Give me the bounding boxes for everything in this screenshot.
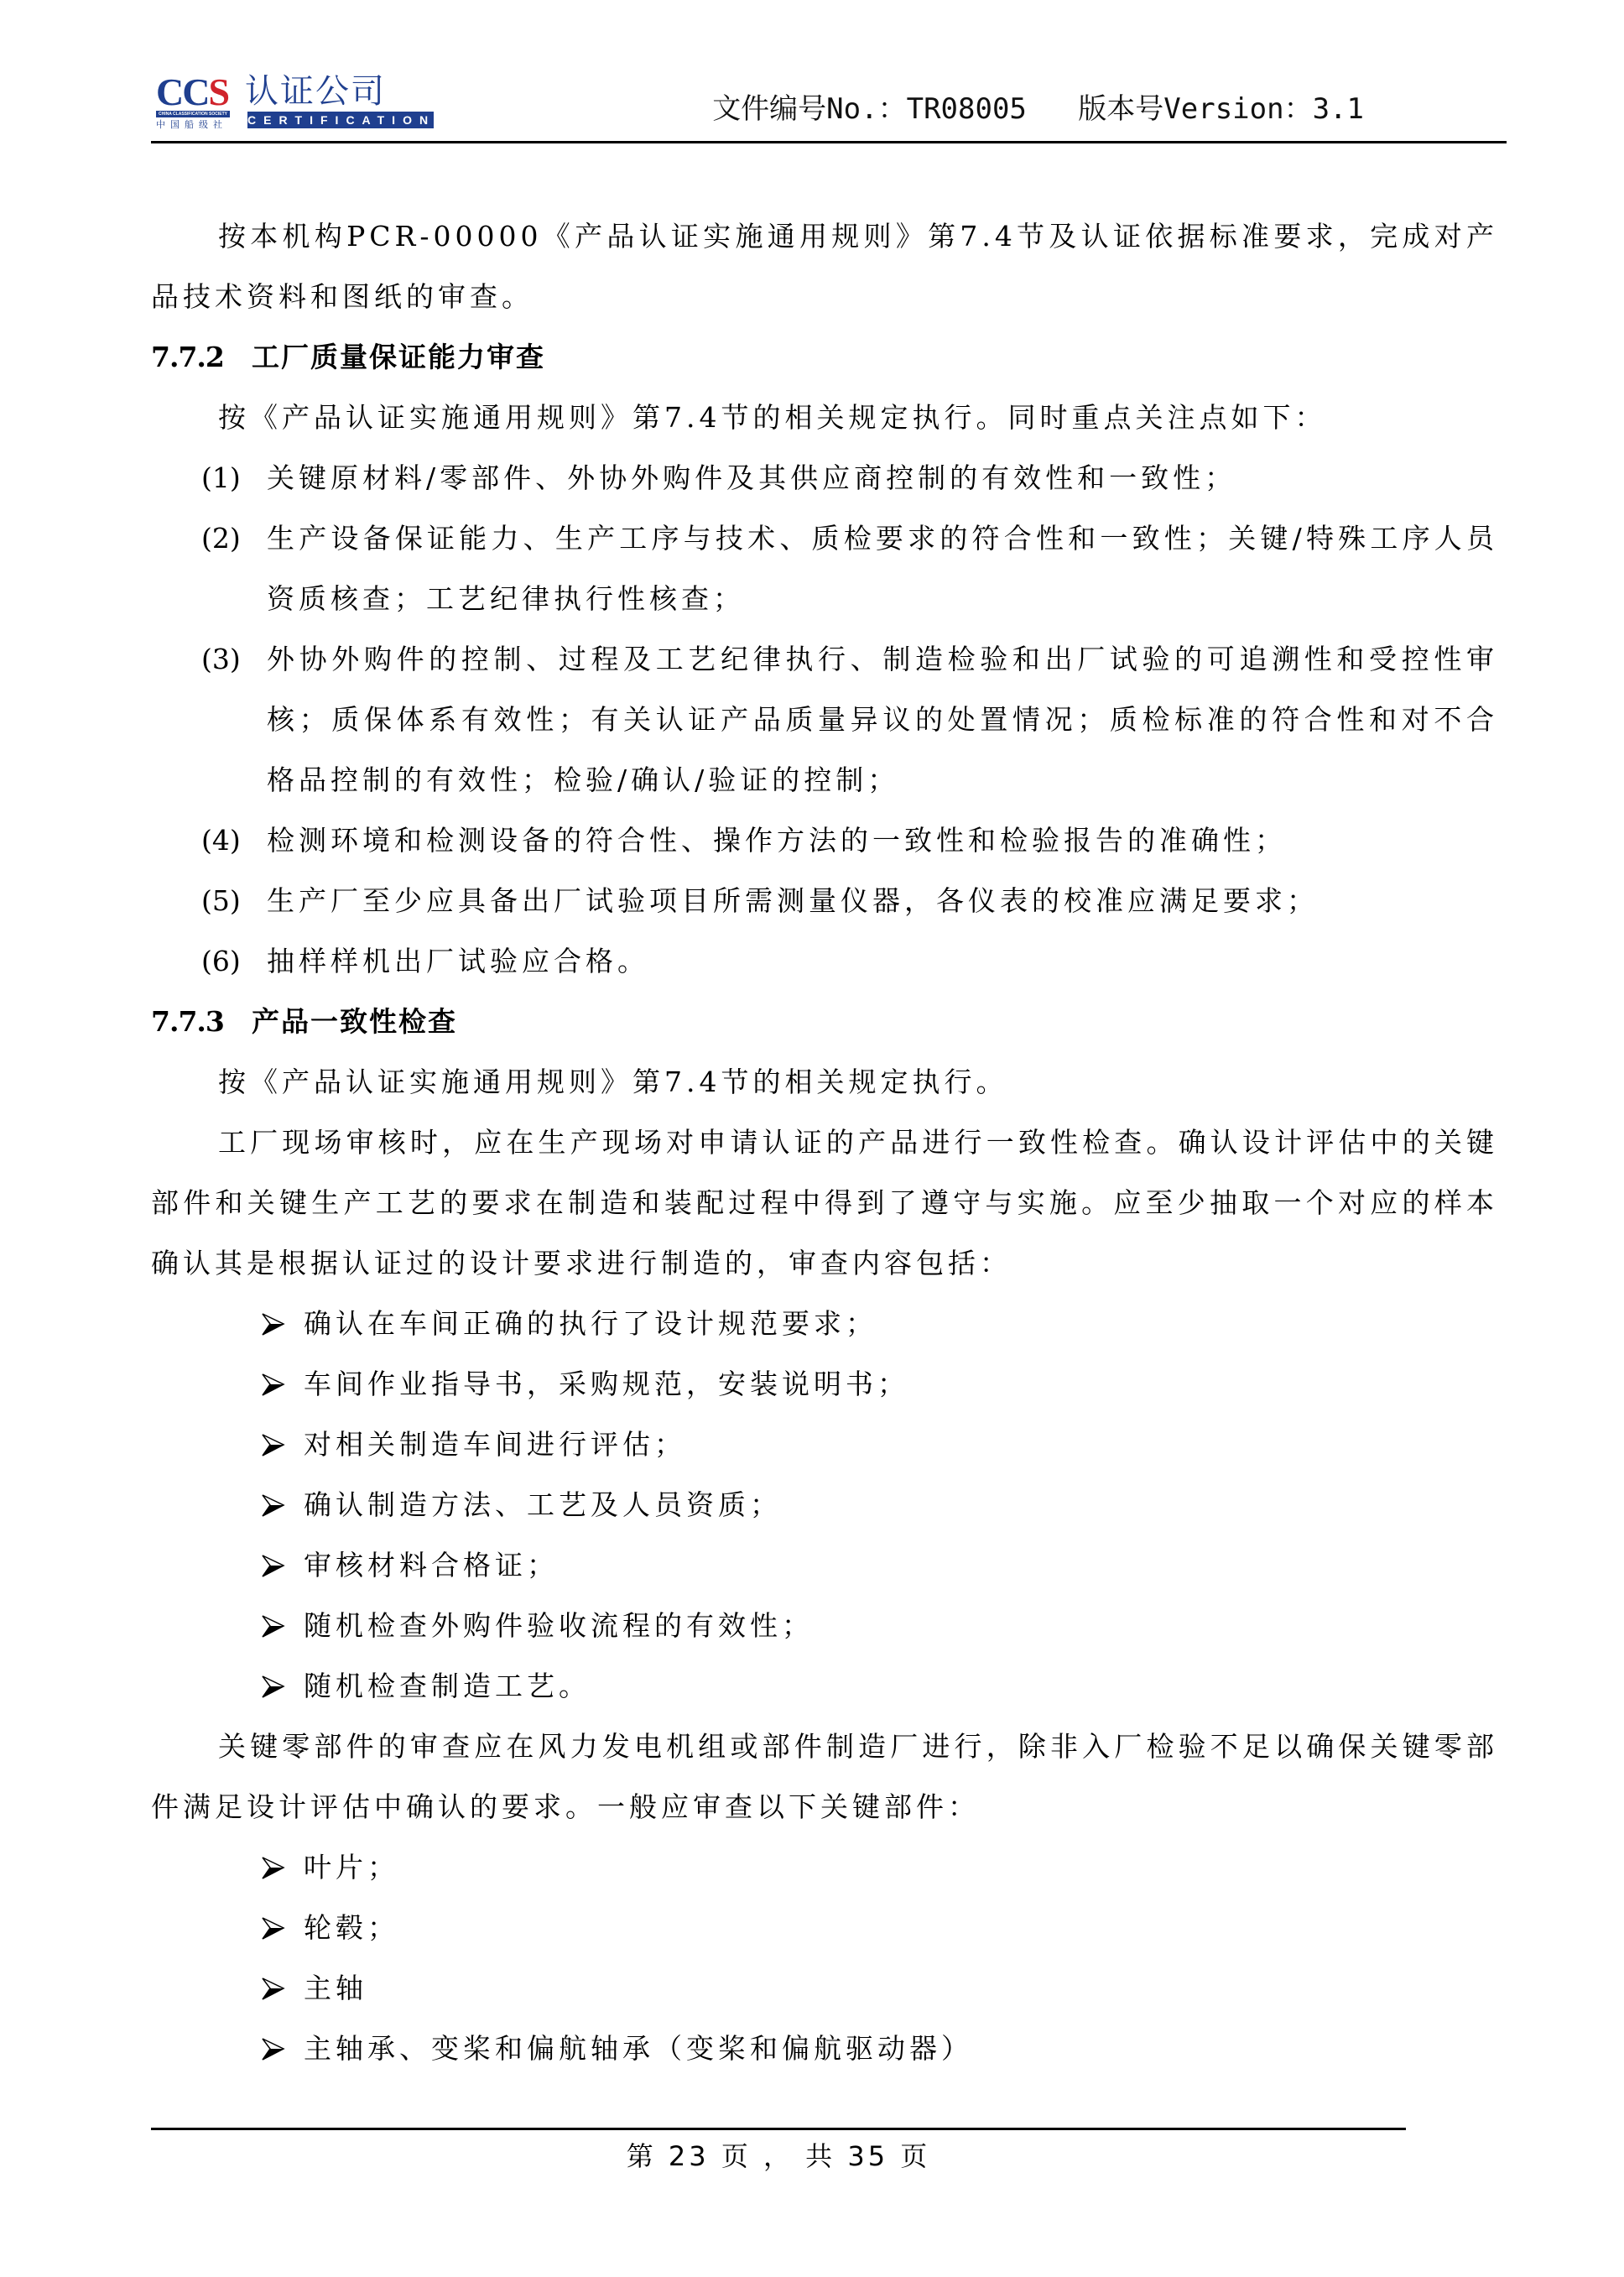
logo-ccs-prefix: CC <box>156 70 208 113</box>
bullet-text: 随机检查制造工艺。 <box>304 1656 591 1717</box>
list-text: 外协外购件的控制、过程及工艺纪律执行、制造检验和出厂试验的可追溯性和受控性审核；… <box>267 629 1498 810</box>
document-number-version: 文件编号No.：TR08005 版本号Version：3.1 <box>712 92 1364 126</box>
arrowhead-bullet-icon <box>260 1493 285 1518</box>
arrowhead-bullet-icon <box>260 1372 285 1397</box>
section-lead: 按《产品认证实施通用规则》第7.4节的相关规定执行。 <box>151 1052 1498 1112</box>
bullet-text: 对相关制造车间进行评估； <box>304 1415 686 1475</box>
logo-society-cn: 中国船级社 <box>156 119 227 131</box>
page-header: CCS CHINA CLASSIFICATION SOCIETY 中国船级社 认… <box>151 72 1507 143</box>
ccs-certification-logo: CCS CHINA CLASSIFICATION SOCIETY 中国船级社 认… <box>151 72 440 133</box>
page-number: 第 23 页 ， 共 35 页 <box>151 2138 1406 2175</box>
bullet-item: 随机检查制造工艺。 <box>260 1656 1498 1717</box>
list-item: (1) 关键原材料/零部件、外协外购件及其供应商控制的有效性和一致性； <box>201 448 1498 508</box>
logo-company-cn: 认证公司 <box>245 72 386 111</box>
logo-society-en: CHINA CLASSIFICATION SOCIETY <box>156 111 230 117</box>
arrowhead-bullet-icon <box>260 1432 285 1457</box>
bullet-text: 随机检查外购件验收流程的有效性； <box>304 1596 814 1656</box>
section-number: 7.7.2 <box>151 327 252 388</box>
bullet-item: 确认制造方法、工艺及人员资质； <box>260 1475 1498 1535</box>
logo-ccs-mark: CCS <box>156 74 228 111</box>
section-title: 工厂质量保证能力审查 <box>252 327 545 388</box>
consistency-check-paragraph: 工厂现场审核时，应在生产现场对申请认证的产品进行一致性检查。确认设计评估中的关键… <box>151 1112 1498 1294</box>
bullet-item: 叶片； <box>260 1837 1498 1898</box>
list-item: (6) 抽样样机出厂试验应合格。 <box>201 931 1498 992</box>
list-text: 生产厂至少应具备出厂试验项目所需测量仪器，各仪表的校准应满足要求； <box>267 871 1498 931</box>
bullet-text: 确认在车间正确的执行了设计规范要求； <box>304 1294 877 1354</box>
arrowhead-bullet-icon <box>260 1915 285 1941</box>
bullet-item: 车间作业指导书，采购规范，安装说明书； <box>260 1354 1498 1415</box>
logo-ccs-suffix: S <box>208 70 228 113</box>
footer-divider <box>151 2128 1406 2130</box>
arrowhead-bullet-icon <box>260 1311 285 1336</box>
list-text: 生产设备保证能力、生产工序与技术、质检要求的符合性和一致性；关键/特殊工序人员资… <box>267 508 1498 629</box>
section-title: 产品一致性检查 <box>252 992 457 1052</box>
bullet-item: 审核材料合格证； <box>260 1535 1498 1596</box>
list-number: (6) <box>201 931 267 992</box>
arrowhead-bullet-icon <box>260 1855 285 1880</box>
bullet-text: 主轴承、变桨和偏航轴承（变桨和偏航驱动器） <box>304 2019 973 2079</box>
arrowhead-bullet-icon <box>260 1976 285 2001</box>
section-number: 7.7.3 <box>151 992 252 1052</box>
bullet-item: 主轴 <box>260 1958 1498 2019</box>
header-divider <box>151 141 1507 143</box>
bullet-item: 轮毂； <box>260 1898 1498 1958</box>
section-heading-7-7-2: 7.7.2 工厂质量保证能力审查 <box>151 327 1498 388</box>
bullet-text: 审核材料合格证； <box>304 1535 559 1596</box>
list-number: (3) <box>201 629 267 810</box>
logo-certification-banner: CERTIFICATION <box>247 112 434 128</box>
list-text: 关键原材料/零部件、外协外购件及其供应商控制的有效性和一致性； <box>267 448 1498 508</box>
arrowhead-bullet-icon <box>260 1674 285 1699</box>
bullet-item: 确认在车间正确的执行了设计规范要求； <box>260 1294 1498 1354</box>
list-number: (4) <box>201 810 267 871</box>
bullet-text: 叶片； <box>304 1837 399 1898</box>
section-heading-7-7-3: 7.7.3 产品一致性检查 <box>151 992 1498 1052</box>
arrowhead-bullet-icon <box>260 1553 285 1578</box>
document-body: 按本机构PCR-00000《产品认证实施通用规则》第7.4节及认证依据标准要求，… <box>151 206 1498 2079</box>
arrowhead-bullet-icon <box>260 2036 285 2061</box>
list-number: (5) <box>201 871 267 931</box>
list-text: 检测环境和检测设备的符合性、操作方法的一致性和检验报告的准确性； <box>267 810 1498 871</box>
bullet-item: 主轴承、变桨和偏航轴承（变桨和偏航驱动器） <box>260 2019 1498 2079</box>
list-item: (5) 生产厂至少应具备出厂试验项目所需测量仪器，各仪表的校准应满足要求； <box>201 871 1498 931</box>
bullet-text: 轮毂； <box>304 1898 399 1958</box>
bullet-text: 主轴 <box>304 1958 367 2019</box>
list-number: (1) <box>201 448 267 508</box>
list-number: (2) <box>201 508 267 629</box>
arrowhead-bullet-icon <box>260 1613 285 1639</box>
intro-paragraph: 按本机构PCR-00000《产品认证实施通用规则》第7.4节及认证依据标准要求，… <box>151 206 1498 327</box>
section-lead: 按《产品认证实施通用规则》第7.4节的相关规定执行。同时重点关注点如下： <box>151 388 1498 448</box>
list-item: (4) 检测环境和检测设备的符合性、操作方法的一致性和检验报告的准确性； <box>201 810 1498 871</box>
bullet-text: 确认制造方法、工艺及人员资质； <box>304 1475 782 1535</box>
list-item: (2) 生产设备保证能力、生产工序与技术、质检要求的符合性和一致性；关键/特殊工… <box>201 508 1498 629</box>
list-text: 抽样样机出厂试验应合格。 <box>267 931 1498 992</box>
bullet-text: 车间作业指导书，采购规范，安装说明书； <box>304 1354 909 1415</box>
list-item: (3) 外协外购件的控制、过程及工艺纪律执行、制造检验和出厂试验的可追溯性和受控… <box>201 629 1498 810</box>
bullet-item: 随机检查外购件验收流程的有效性； <box>260 1596 1498 1656</box>
bullet-item: 对相关制造车间进行评估； <box>260 1415 1498 1475</box>
key-parts-paragraph: 关键零部件的审查应在风力发电机组或部件制造厂进行，除非入厂检验不足以确保关键零部… <box>151 1717 1498 1837</box>
